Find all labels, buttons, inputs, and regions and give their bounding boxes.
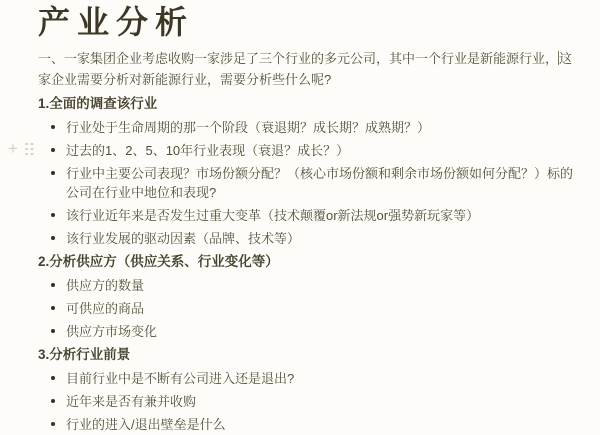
bullet-icon xyxy=(51,422,55,426)
list-item[interactable]: 行业的进入/退出壁垒是什么 xyxy=(38,415,574,434)
list-item[interactable]: 可供应的商品 xyxy=(38,299,574,318)
bullet-list-2: 供应方的数量 可供应的商品 供应方市场变化 xyxy=(38,276,574,341)
block-hover-controls: + xyxy=(8,141,34,157)
list-item[interactable]: 目前行业中是不断有公司进入还是退出? xyxy=(38,369,574,388)
intro-paragraph[interactable]: 一、一家集团企业考虑收购一家涉足了三个行业的多元公司，其中一个行业是新能源行业，… xyxy=(38,48,574,90)
bullet-icon xyxy=(51,171,55,175)
list-item-text: 该行业近年来是否发生过重大变革（技术颠覆or新法规or强势新玩家等） xyxy=(66,208,479,223)
list-item-text: 该行业发展的驱动因素（品牌、技术等） xyxy=(66,231,300,246)
list-item-text: 过去的1、2、5、10年行业表现（衰退？成长？） xyxy=(66,143,349,158)
section-heading-3[interactable]: 3.分析行业前景 xyxy=(38,345,574,364)
drag-dots xyxy=(25,143,28,146)
page-title[interactable]: 产业分析 xyxy=(38,5,574,39)
list-item[interactable]: 近年来是否有兼并收购 xyxy=(38,392,574,411)
list-item-text: 行业中主要公司表现？市场份额分配？（核心市场份额和剩余市场份额如何分配？）标的公… xyxy=(66,166,573,200)
list-item[interactable]: 供应方的数量 xyxy=(38,276,574,295)
list-item[interactable]: 该行业发展的驱动因素（品牌、技术等） xyxy=(38,229,574,248)
document-page: 产业分析 一、一家集团企业考虑收购一家涉足了三个行业的多元公司，其中一个行业是新… xyxy=(0,0,600,434)
list-item-text: 近年来是否有兼并收购 xyxy=(66,394,196,409)
bullet-list-1: 行业处于生命周期的那一个阶段（衰退期？成长期？成熟期？） 过去的1、2、5、10… xyxy=(38,118,574,248)
list-item[interactable]: 该行业近年来是否发生过重大变革（技术颠覆or新法规or强势新玩家等） xyxy=(38,206,574,225)
list-item[interactable]: 过去的1、2、5、10年行业表现（衰退？成长？） xyxy=(38,141,574,160)
intro-text-before-caret: 一、一家集团企业考虑收购一家涉足了三个行业的多元公司，其中一个行业是新能源行业， xyxy=(38,51,558,66)
bullet-icon xyxy=(51,125,55,129)
section-heading-1[interactable]: 1.全面的调查该行业 xyxy=(38,94,574,113)
list-item-text: 可供应的商品 xyxy=(66,301,144,316)
bullet-icon xyxy=(51,148,55,152)
list-item[interactable]: 供应方市场变化 xyxy=(38,322,574,341)
bullet-icon xyxy=(51,399,55,403)
list-item-text: 供应方市场变化 xyxy=(66,324,157,339)
list-item[interactable]: 行业处于生命周期的那一个阶段（衰退期？成长期？成熟期？） xyxy=(38,118,574,137)
drag-handle-icon[interactable] xyxy=(24,142,34,157)
bullet-icon xyxy=(51,213,55,217)
bullet-icon xyxy=(51,236,55,240)
bullet-icon xyxy=(51,376,55,380)
list-item[interactable]: 行业中主要公司表现？市场份额分配？（核心市场份额和剩余市场份额如何分配？）标的公… xyxy=(38,164,574,202)
add-block-button[interactable]: + xyxy=(8,141,18,157)
bullet-icon xyxy=(51,329,55,333)
bullet-icon xyxy=(51,306,55,310)
list-item-text: 行业的进入/退出壁垒是什么 xyxy=(66,417,226,432)
bullet-list-3: 目前行业中是不断有公司进入还是退出? 近年来是否有兼并收购 行业的进入/退出壁垒… xyxy=(38,369,574,434)
list-item-text: 目前行业中是不断有公司进入还是退出? xyxy=(66,371,294,386)
list-item-text: 行业处于生命周期的那一个阶段（衰退期？成长期？成熟期？） xyxy=(66,120,430,135)
section-heading-2[interactable]: 2.分析供应方（供应关系、行业变化等） xyxy=(38,252,574,271)
list-item-text: 供应方的数量 xyxy=(66,278,144,293)
bullet-icon xyxy=(51,283,55,287)
